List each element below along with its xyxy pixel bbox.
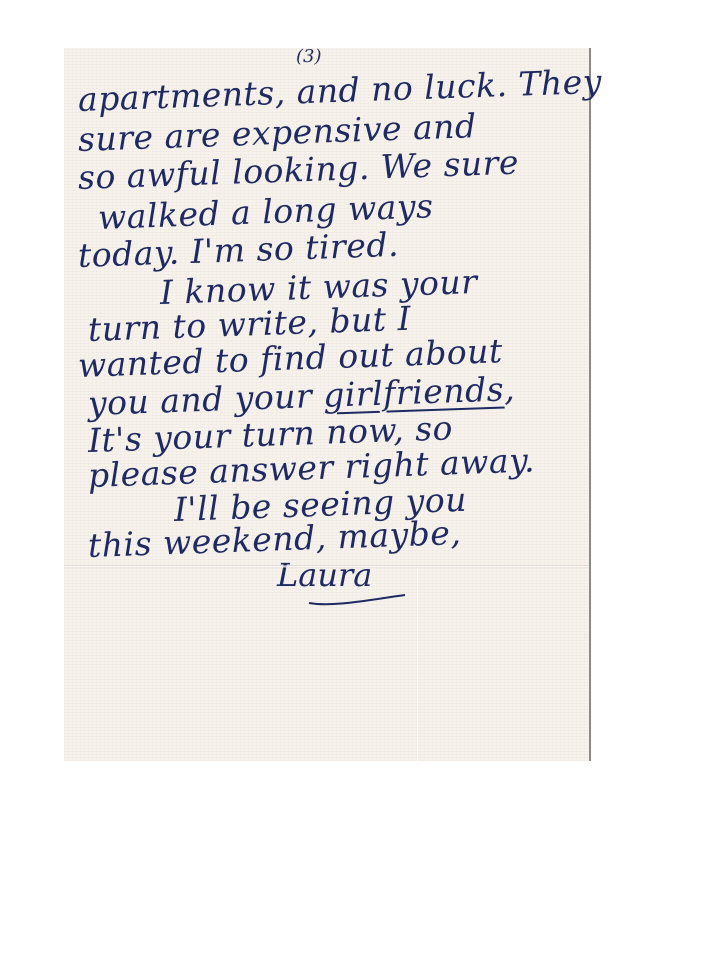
paper-fold xyxy=(64,565,589,568)
page-number: (3) xyxy=(296,46,322,67)
signature-flourish-icon xyxy=(307,593,407,607)
paper-crease xyxy=(417,568,418,761)
signature: Laura xyxy=(277,556,372,594)
letter-page: (3) apartments, and no luck. They sure a… xyxy=(64,48,591,761)
letter-line: this weekend, maybe, xyxy=(87,513,462,565)
underlined-word: girlfriends xyxy=(323,369,505,414)
line-punctuation: , xyxy=(503,369,515,408)
